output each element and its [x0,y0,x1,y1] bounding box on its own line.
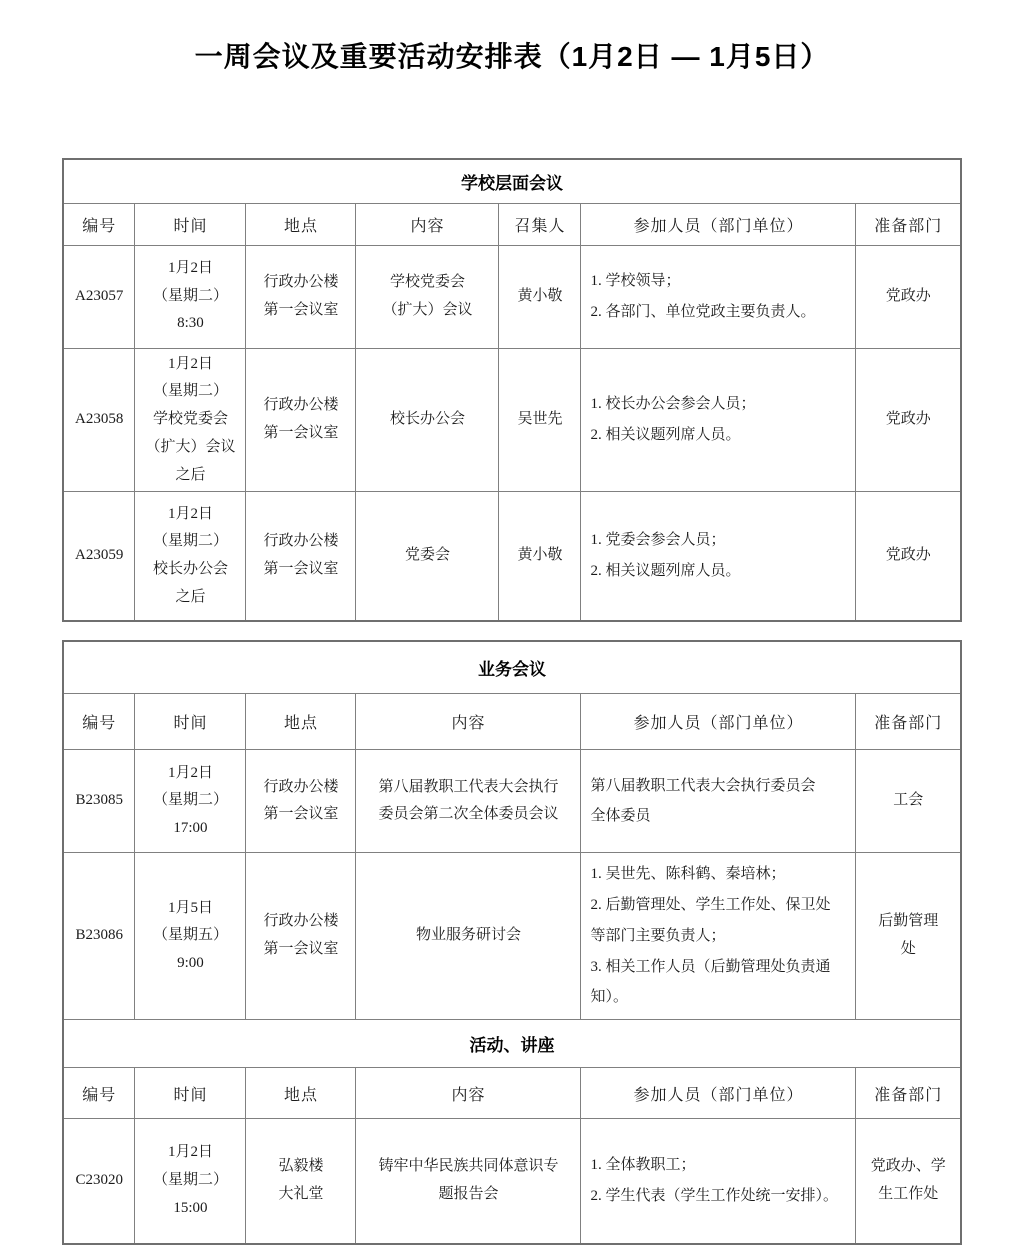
column-header-participants: 参加人员（部门单位） [581,1068,856,1119]
cell-time: 1月2日 （星期二） 8:30 [135,245,246,348]
cell-content: 校长办公会 [356,348,499,492]
cell-content: 第八届教职工代表大会执行 委员会第二次全体委员会议 [356,750,581,853]
cell-time: 1月5日 （星期五） 9:00 [135,853,246,1020]
cell-id: A23058 [63,348,135,492]
document-page: 一周会议及重要活动安排表（1月2日 — 1月5日） 学校层面会议 编号 时间 地… [0,0,1024,1255]
column-header-prep: 准备部门 [856,694,961,750]
cell-participants: 1. 学校领导； 2. 各部门、单位党政主要负责人。 [581,245,856,348]
cell-id: A23059 [63,492,135,621]
cell-prep: 党政办 [856,245,961,348]
table-row-a23059: A23059 1月2日 （星期二） 校长办公会 之后 行政办公楼 第一会议室 党… [63,492,961,621]
cell-prep: 党政办 [856,492,961,621]
column-header-prep: 准备部门 [856,1068,961,1119]
cell-place: 行政办公楼 第一会议室 [246,750,356,853]
table-row-c23020: C23020 1月2日 （星期二） 15:00 弘毅楼 大礼堂 铸牢中华民族共同… [63,1119,961,1244]
cell-time: 1月2日 （星期二） 17:00 [135,750,246,853]
cell-convener: 黄小敬 [499,492,581,621]
column-header-participants: 参加人员（部门单位） [581,203,856,245]
section-title-business-meetings: 业务会议 [63,641,961,694]
activities-header-row: 编号 时间 地点 内容 参加人员（部门单位） 准备部门 [63,1068,961,1119]
cell-place: 行政办公楼 第一会议室 [246,853,356,1020]
table-row-b23086: B23086 1月5日 （星期五） 9:00 行政办公楼 第一会议室 物业服务研… [63,853,961,1020]
section-title-school-meetings: 学校层面会议 [63,159,961,203]
cell-convener: 吴世先 [499,348,581,492]
column-header-place: 地点 [246,1068,356,1119]
table-row-a23058: A23058 1月2日 （星期二） 学校党委会 （扩大）会议 之后 行政办公楼 … [63,348,961,492]
table-row-b23085: B23085 1月2日 （星期二） 17:00 行政办公楼 第一会议室 第八届教… [63,750,961,853]
cell-time: 1月2日 （星期二） 校长办公会 之后 [135,492,246,621]
cell-convener: 黄小敬 [499,245,581,348]
column-header-place: 地点 [246,694,356,750]
column-header-participants: 参加人员（部门单位） [581,694,856,750]
cell-participants: 1. 全体教职工； 2. 学生代表（学生工作处统一安排）。 [581,1119,856,1244]
column-header-time: 时间 [135,1068,246,1119]
business-meetings-header-row: 编号 时间 地点 内容 参加人员（部门单位） 准备部门 [63,694,961,750]
column-header-content: 内容 [356,203,499,245]
section-row-school-meetings: 学校层面会议 [63,159,961,203]
cell-id: A23057 [63,245,135,348]
column-header-content: 内容 [356,694,581,750]
cell-place: 行政办公楼 第一会议室 [246,245,356,348]
cell-content: 铸牢中华民族共同体意识专 题报告会 [356,1119,581,1244]
table-row-a23057: A23057 1月2日 （星期二） 8:30 行政办公楼 第一会议室 学校党委会… [63,245,961,348]
section-row-business-meetings: 业务会议 [63,641,961,694]
cell-id: C23020 [63,1119,135,1244]
section-title-activities: 活动、讲座 [63,1020,961,1068]
school-meetings-header-row: 编号 时间 地点 内容 召集人 参加人员（部门单位） 准备部门 [63,203,961,245]
cell-participants: 1. 党委会参会人员； 2. 相关议题列席人员。 [581,492,856,621]
column-header-content: 内容 [356,1068,581,1119]
school-meetings-table: 学校层面会议 编号 时间 地点 内容 召集人 参加人员（部门单位） 准备部门 A… [62,158,962,622]
column-header-id: 编号 [63,203,135,245]
cell-place: 弘毅楼 大礼堂 [246,1119,356,1244]
column-header-time: 时间 [135,203,246,245]
cell-place: 行政办公楼 第一会议室 [246,492,356,621]
column-header-id: 编号 [63,694,135,750]
cell-time: 1月2日 （星期二） 15:00 [135,1119,246,1244]
cell-participants: 第八届教职工代表大会执行委员会 全体委员 [581,750,856,853]
cell-prep: 工会 [856,750,961,853]
cell-id: B23085 [63,750,135,853]
column-header-convener: 召集人 [499,203,581,245]
column-header-prep: 准备部门 [856,203,961,245]
column-header-place: 地点 [246,203,356,245]
column-header-id: 编号 [63,1068,135,1119]
business-and-activities-table: 业务会议 编号 时间 地点 内容 参加人员（部门单位） 准备部门 B23085 … [62,640,962,1245]
cell-time: 1月2日 （星期二） 学校党委会 （扩大）会议 之后 [135,348,246,492]
cell-prep: 后勤管理 处 [856,853,961,1020]
cell-content: 学校党委会 （扩大）会议 [356,245,499,348]
column-header-time: 时间 [135,694,246,750]
page-title: 一周会议及重要活动安排表（1月2日 — 1月5日） [0,0,1024,74]
section-row-activities: 活动、讲座 [63,1020,961,1068]
cell-participants: 1. 吴世先、陈科鹤、秦培林； 2. 后勤管理处、学生工作处、保卫处 等部门主要… [581,853,856,1020]
cell-participants: 1. 校长办公会参会人员； 2. 相关议题列席人员。 [581,348,856,492]
cell-prep: 党政办 [856,348,961,492]
cell-content: 党委会 [356,492,499,621]
cell-place: 行政办公楼 第一会议室 [246,348,356,492]
cell-id: B23086 [63,853,135,1020]
cell-content: 物业服务研讨会 [356,853,581,1020]
cell-prep: 党政办、学 生工作处 [856,1119,961,1244]
